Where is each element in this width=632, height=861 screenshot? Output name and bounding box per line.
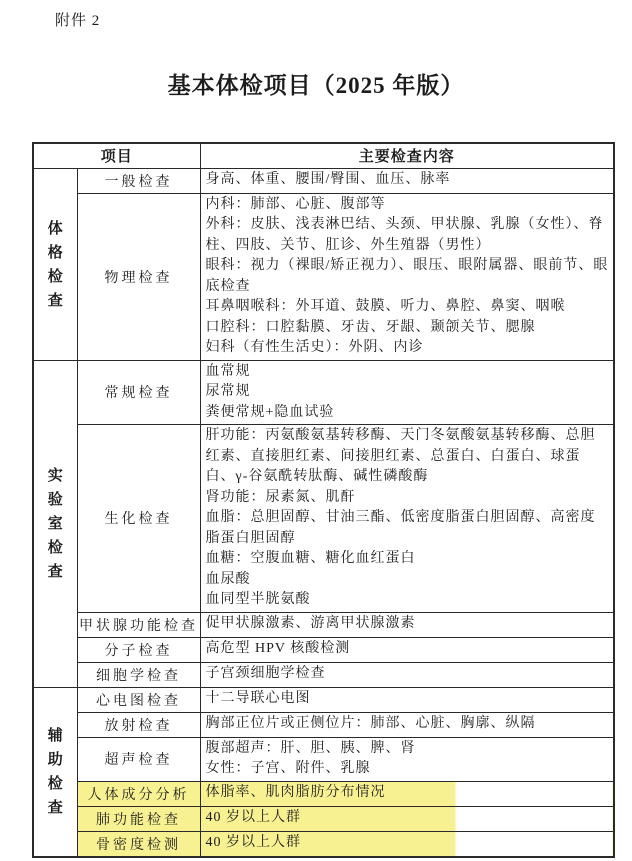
header-item-col: 项目	[33, 143, 200, 168]
group-label: 体格检查	[33, 168, 77, 360]
content-line: 促甲状腺激素、游离甲状腺激素	[206, 614, 610, 635]
content-cell: 40 岁以上人群	[200, 806, 614, 831]
content-line: 子宫颈细胞学检查	[206, 664, 610, 685]
table-row: 辅助检查心电图检查十二导联心电图	[33, 687, 614, 712]
item-cell: 细胞学检查	[77, 662, 200, 687]
content-line: 血尿酸	[206, 570, 610, 591]
group-label-vertical-text: 体格检查	[48, 222, 63, 309]
item-cell: 放射检查	[77, 712, 200, 737]
group-label-char: 查	[48, 294, 63, 309]
group-label-char: 查	[48, 565, 63, 580]
content-line: 口腔科：口腔黏膜、牙齿、牙龈、颞颌关节、腮腺	[206, 318, 610, 339]
group-label-char: 格	[48, 246, 63, 261]
item-cell: 一般检查	[77, 168, 200, 193]
table-row: 骨密度检测40 岁以上人群	[33, 831, 614, 857]
content-cell: 子宫颈细胞学检查	[200, 662, 614, 687]
table-row: 肺功能检查40 岁以上人群	[33, 806, 614, 831]
content-cell: 体脂率、肌肉脂肪分布情况	[200, 781, 614, 806]
table-row: 体格检查一般检查身高、体重、腰围/臀围、血压、脉率	[33, 168, 614, 193]
table-row: 分子检查高危型 HPV 核酸检测	[33, 637, 614, 662]
content-line: 十二导联心电图	[206, 689, 610, 710]
item-cell: 分子检查	[77, 637, 200, 662]
item-cell: 肺功能检查	[77, 806, 200, 831]
content-line: 高危型 HPV 核酸检测	[206, 639, 610, 660]
group-label-vertical-text: 辅助检查	[48, 729, 63, 816]
group-label-char: 验	[48, 493, 63, 508]
item-cell: 甲状腺功能检查	[77, 612, 200, 637]
table-row: 超声检查腹部超声：肝、胆、胰、脾、肾女性：子宫、附件、乳腺	[33, 737, 614, 781]
content-line: 妇科（有性生活史）：外阴、内诊	[206, 338, 610, 359]
content-cell: 腹部超声：肝、胆、胰、脾、肾女性：子宫、附件、乳腺	[200, 737, 614, 781]
group-label-char: 检	[48, 541, 63, 556]
item-cell: 常规检查	[77, 360, 200, 425]
content-line: 血同型半胱氨酸	[206, 590, 610, 611]
content-cell: 身高、体重、腰围/臀围、血压、脉率	[200, 168, 614, 193]
content-cell: 高危型 HPV 核酸检测	[200, 637, 614, 662]
table-row: 放射检查胸部正位片或正侧位片：肺部、心脏、胸廓、纵隔	[33, 712, 614, 737]
content-cell: 胸部正位片或正侧位片：肺部、心脏、胸廓、纵隔	[200, 712, 614, 737]
document-page: 附件 2 基本体检项目（2025 年版） 项目 主要检查内容 体格检查一般检查身…	[0, 0, 632, 861]
content-line: 粪便常规+隐血试验	[206, 403, 610, 424]
content-line: 血常规	[206, 362, 610, 383]
item-cell: 物理检查	[77, 193, 200, 360]
content-cell: 内科：肺部、心脏、腹部等外科：皮肤、浅表淋巴结、头颈、甲状腺、乳腺（女性）、脊柱…	[200, 193, 614, 360]
content-line: 尿常规	[206, 382, 610, 403]
table-row: 物理检查内科：肺部、心脏、腹部等外科：皮肤、浅表淋巴结、头颈、甲状腺、乳腺（女性…	[33, 193, 614, 360]
exam-table-body: 体格检查一般检查身高、体重、腰围/臀围、血压、脉率物理检查内科：肺部、心脏、腹部…	[33, 168, 614, 857]
content-line: 外科：皮肤、浅表淋巴结、头颈、甲状腺、乳腺（女性）、脊柱、四肢、关节、肛诊、外生…	[206, 215, 610, 256]
content-cell: 促甲状腺激素、游离甲状腺激素	[200, 612, 614, 637]
content-line: 肾功能：尿素氮、肌酐	[206, 488, 610, 509]
content-line: 耳鼻咽喉科：外耳道、鼓膜、听力、鼻腔、鼻窦、咽喉	[206, 297, 610, 318]
group-label: 辅助检查	[33, 687, 77, 857]
header-content-col: 主要检查内容	[200, 143, 614, 168]
attachment-label: 附件 2	[55, 9, 632, 30]
content-line: 女性：子宫、附件、乳腺	[206, 759, 610, 780]
page-title: 基本体检项目（2025 年版）	[0, 67, 632, 100]
item-cell: 心电图检查	[77, 687, 200, 712]
item-cell: 生化检查	[77, 425, 200, 613]
table-row: 实验室检查常规检查血常规尿常规粪便常规+隐血试验	[33, 360, 614, 425]
group-label-char: 室	[48, 517, 63, 532]
content-cell: 40 岁以上人群	[200, 831, 614, 857]
content-cell: 十二导联心电图	[200, 687, 614, 712]
group-label-char: 助	[48, 753, 63, 768]
group-label-char: 实	[48, 469, 63, 484]
exam-table: 项目 主要检查内容 体格检查一般检查身高、体重、腰围/臀围、血压、脉率物理检查内…	[32, 142, 615, 858]
content-line: 腹部超声：肝、胆、胰、脾、肾	[206, 739, 610, 760]
item-cell: 超声检查	[77, 737, 200, 781]
group-label-char: 辅	[48, 729, 63, 744]
content-line: 40 岁以上人群	[206, 808, 610, 829]
content-line: 血脂：总胆固醇、甘油三酯、低密度脂蛋白胆固醇、高密度脂蛋白胆固醇	[206, 508, 610, 549]
group-label-char: 检	[48, 777, 63, 792]
table-row: 甲状腺功能检查促甲状腺激素、游离甲状腺激素	[33, 612, 614, 637]
content-cell: 肝功能：丙氨酸氨基转移酶、天门冬氨酸氨基转移酶、总胆红素、直接胆红素、间接胆红素…	[200, 425, 614, 613]
content-line: 体脂率、肌肉脂肪分布情况	[206, 783, 610, 804]
group-label-char: 检	[48, 270, 63, 285]
content-line: 内科：肺部、心脏、腹部等	[206, 195, 610, 216]
item-cell: 骨密度检测	[77, 831, 200, 857]
group-label: 实验室检查	[33, 360, 77, 687]
content-line: 身高、体重、腰围/臀围、血压、脉率	[206, 170, 610, 191]
table-row: 生化检查肝功能：丙氨酸氨基转移酶、天门冬氨酸氨基转移酶、总胆红素、直接胆红素、间…	[33, 425, 614, 613]
content-line: 眼科：视力（裸眼/矫正视力）、眼压、眼附属器、眼前节、眼底检查	[206, 256, 610, 297]
group-label-vertical-text: 实验室检查	[48, 469, 63, 580]
table-header-row: 项目 主要检查内容	[33, 143, 614, 168]
group-label-char: 查	[48, 801, 63, 816]
content-line: 胸部正位片或正侧位片：肺部、心脏、胸廓、纵隔	[206, 714, 610, 735]
content-cell: 血常规尿常规粪便常规+隐血试验	[200, 360, 614, 425]
content-line: 血糖：空腹血糖、糖化血红蛋白	[206, 549, 610, 570]
group-label-char: 体	[48, 222, 63, 237]
item-cell: 人体成分分析	[77, 781, 200, 806]
content-line: 40 岁以上人群	[206, 833, 610, 854]
table-row: 人体成分分析体脂率、肌肉脂肪分布情况	[33, 781, 614, 806]
table-row: 细胞学检查子宫颈细胞学检查	[33, 662, 614, 687]
content-line: 肝功能：丙氨酸氨基转移酶、天门冬氨酸氨基转移酶、总胆红素、直接胆红素、间接胆红素…	[206, 426, 610, 488]
